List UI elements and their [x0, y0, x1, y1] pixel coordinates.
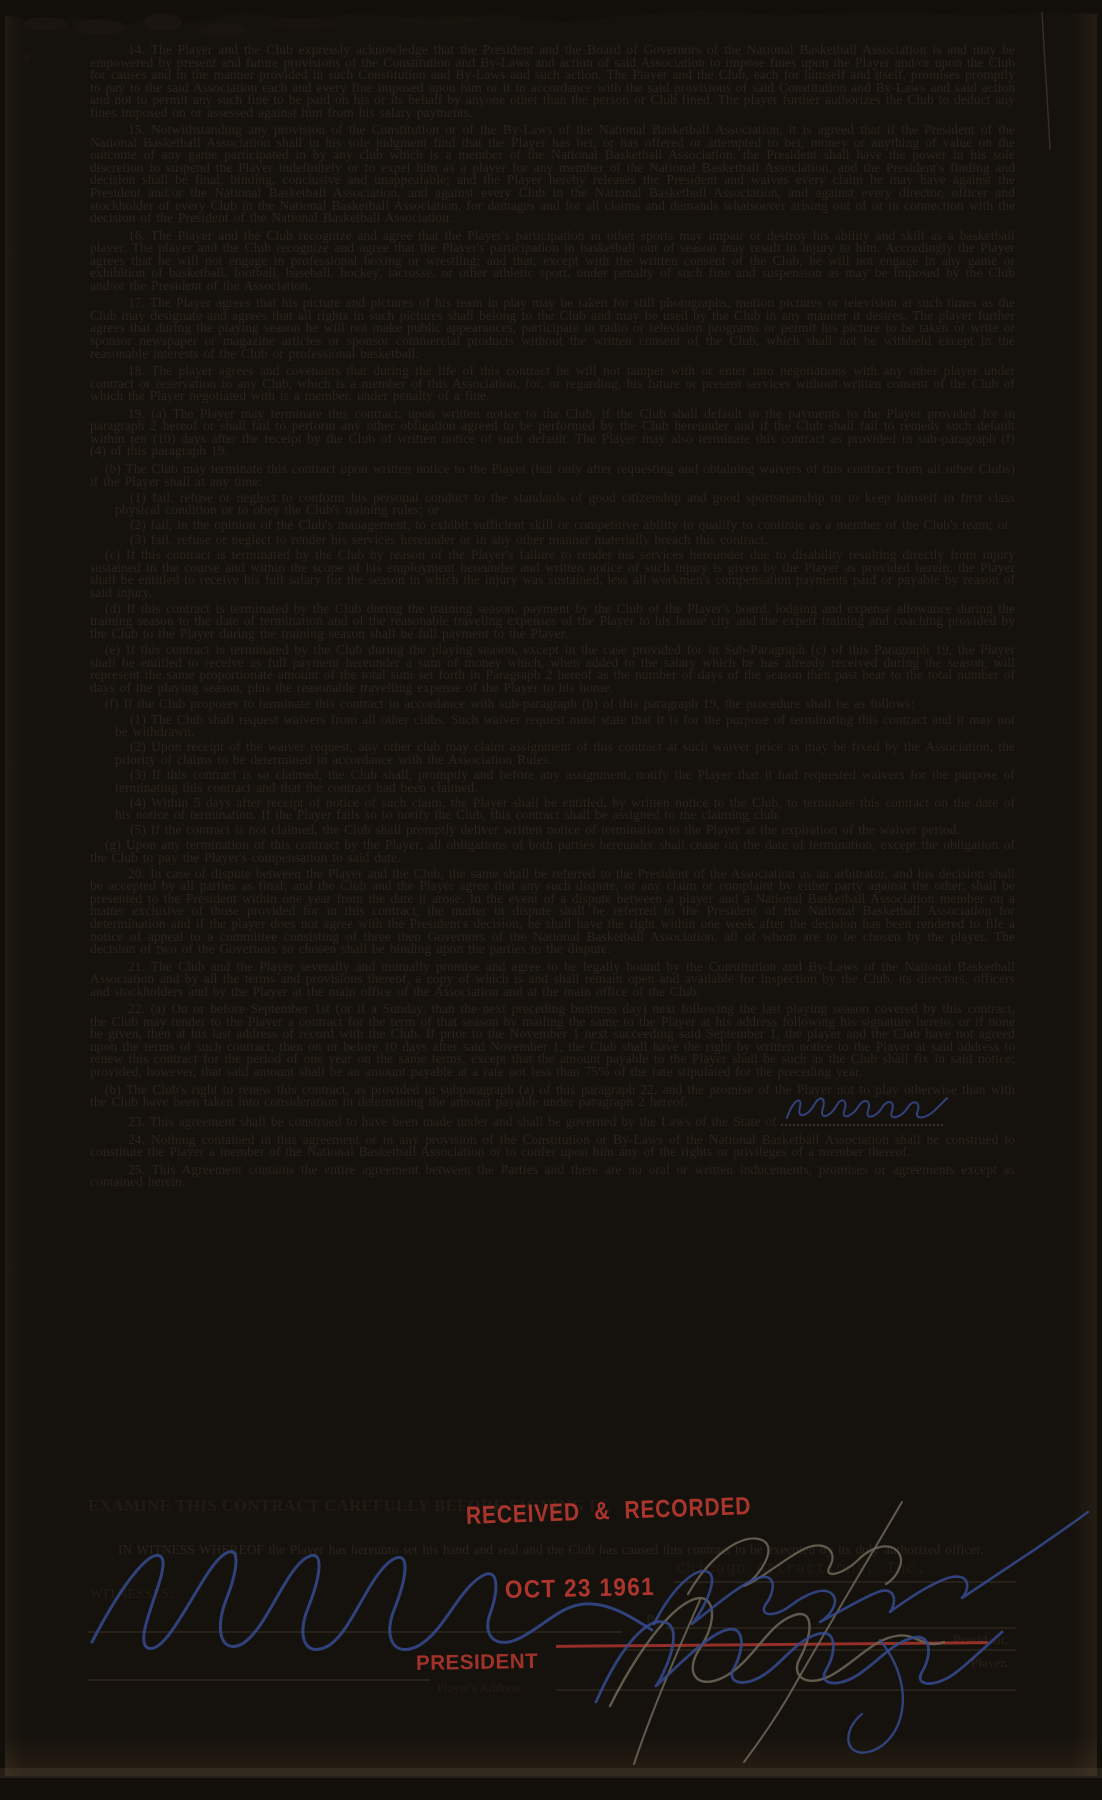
scan-edge-bottom — [0, 1776, 1102, 1800]
paragraph-text: 22. (a) On or before September 1st (or i… — [90, 1001, 1015, 1079]
paragraph-text: 16. The Player and the Club recognize an… — [90, 228, 1015, 293]
contract-paragraph: (c) If this contract is terminated by th… — [90, 549, 1015, 599]
contract-paragraph: 22. (a) On or before September 1st (or i… — [90, 1003, 1015, 1078]
paragraph-text: 18. The player agrees and covenants that… — [90, 363, 1015, 403]
contract-paragraph: 24. Nothing contained in this agreement … — [90, 1134, 1015, 1159]
paragraph-text: (d) If this contract is terminated by th… — [90, 601, 1015, 641]
paragraph-text: 14. The Player and the Club expressly ac… — [90, 44, 1015, 120]
contract-paragraph: 23. This agreement shall be construed to… — [90, 1112, 1015, 1129]
scan-edge-right — [1097, 0, 1102, 1800]
paragraph-text: (2) fail, in the opinion of the Club's m… — [130, 517, 1009, 532]
contract-paragraph: 19. (a) The Player may terminate this co… — [90, 408, 1015, 458]
paragraph-text: 21. The Club and the Player severally an… — [90, 959, 1015, 999]
contract-paragraph: 25. This Agreement contains the entire a… — [90, 1164, 1015, 1189]
paragraph-text: (2) Upon receipt of the waiver request, … — [115, 739, 1015, 767]
contract-paragraph: 20. In case of dispute between the Playe… — [90, 868, 1015, 956]
contract-paragraph: (3) If this contract is so claimed, the … — [115, 769, 1015, 794]
paragraph-text: 19. (a) The Player may terminate this co… — [90, 406, 1015, 459]
contract-paragraph: 17. The Player agrees that his picture a… — [90, 297, 1015, 360]
contract-paragraph: (f) If the Club proposes to terminate th… — [90, 698, 1015, 711]
contract-paragraph: (d) If this contract is terminated by th… — [90, 603, 1015, 641]
paragraph-text: (e) If this contract is terminated by th… — [90, 642, 1015, 695]
contract-paragraph: (4) Within 5 days after receipt of notic… — [115, 797, 1015, 822]
scanned-contract-page: 14. The Player and the Club expressly ac… — [0, 0, 1102, 1800]
contract-body: 14. The Player and the Club expressly ac… — [90, 44, 1015, 1494]
paragraph-text: (1) The Club shall request waivers from … — [115, 712, 1015, 740]
paragraph-text: 24. Nothing contained in this agreement … — [90, 1132, 1015, 1160]
contract-paragraph: (5) If the contract is not claimed, the … — [115, 824, 1015, 837]
contract-paragraph: (2) Upon receipt of the waiver request, … — [115, 741, 1015, 766]
paragraph-text: 15. Notwithstanding any provision of the… — [90, 122, 1015, 225]
contract-paragraph: 14. The Player and the Club expressly ac… — [90, 44, 1015, 119]
paragraph-text: (c) If this contract is terminated by th… — [90, 547, 1015, 600]
contract-paragraph: (1) The Club shall request waivers from … — [115, 714, 1015, 739]
contract-paragraph: (g) Upon any termination of this contrac… — [90, 839, 1015, 864]
contract-paragraph: 21. The Club and the Player severally an… — [90, 961, 1015, 999]
contract-paragraph: (2) fail, in the opinion of the Club's m… — [115, 519, 1015, 532]
paragraph-text: (4) Within 5 days after receipt of notic… — [115, 795, 1015, 823]
paragraph-text: 17. The Player agrees that his picture a… — [90, 295, 1015, 360]
handwritten-state-name — [781, 1112, 943, 1126]
paragraph-text: (3) fail, refuse or neglect to render hi… — [130, 532, 768, 547]
contract-paragraph: (1) fail, refuse or neglect to conform h… — [115, 492, 1015, 517]
contract-paragraph: (b) The Club may terminate this contract… — [90, 463, 1015, 488]
paragraph-text: (f) If the Club proposes to terminate th… — [105, 696, 915, 711]
paragraph-text: (b) The Club may terminate this contract… — [90, 461, 1015, 489]
paragraph-text: (g) Upon any termination of this contrac… — [90, 837, 1015, 865]
contract-paragraph: 16. The Player and the Club recognize an… — [90, 230, 1015, 293]
paragraph-text: 25. This Agreement contains the entire a… — [90, 1162, 1015, 1190]
paragraph-text: 20. In case of dispute between the Playe… — [90, 866, 1015, 956]
paragraph-text: (1) fail, refuse or neglect to conform h… — [115, 490, 1015, 518]
contract-paragraph: 15. Notwithstanding any provision of the… — [90, 124, 1015, 224]
paragraph-text: 23. This agreement shall be construed to… — [128, 1114, 781, 1129]
contract-paragraph: (e) If this contract is terminated by th… — [90, 644, 1015, 694]
contract-paragraph: (3) fail, refuse or neglect to render hi… — [115, 534, 1015, 547]
paragraph-text: (5) If the contract is not claimed, the … — [130, 822, 960, 837]
paragraph-text: (3) If this contract is so claimed, the … — [115, 767, 1015, 795]
contract-paragraph: 18. The player agrees and covenants that… — [90, 365, 1015, 403]
